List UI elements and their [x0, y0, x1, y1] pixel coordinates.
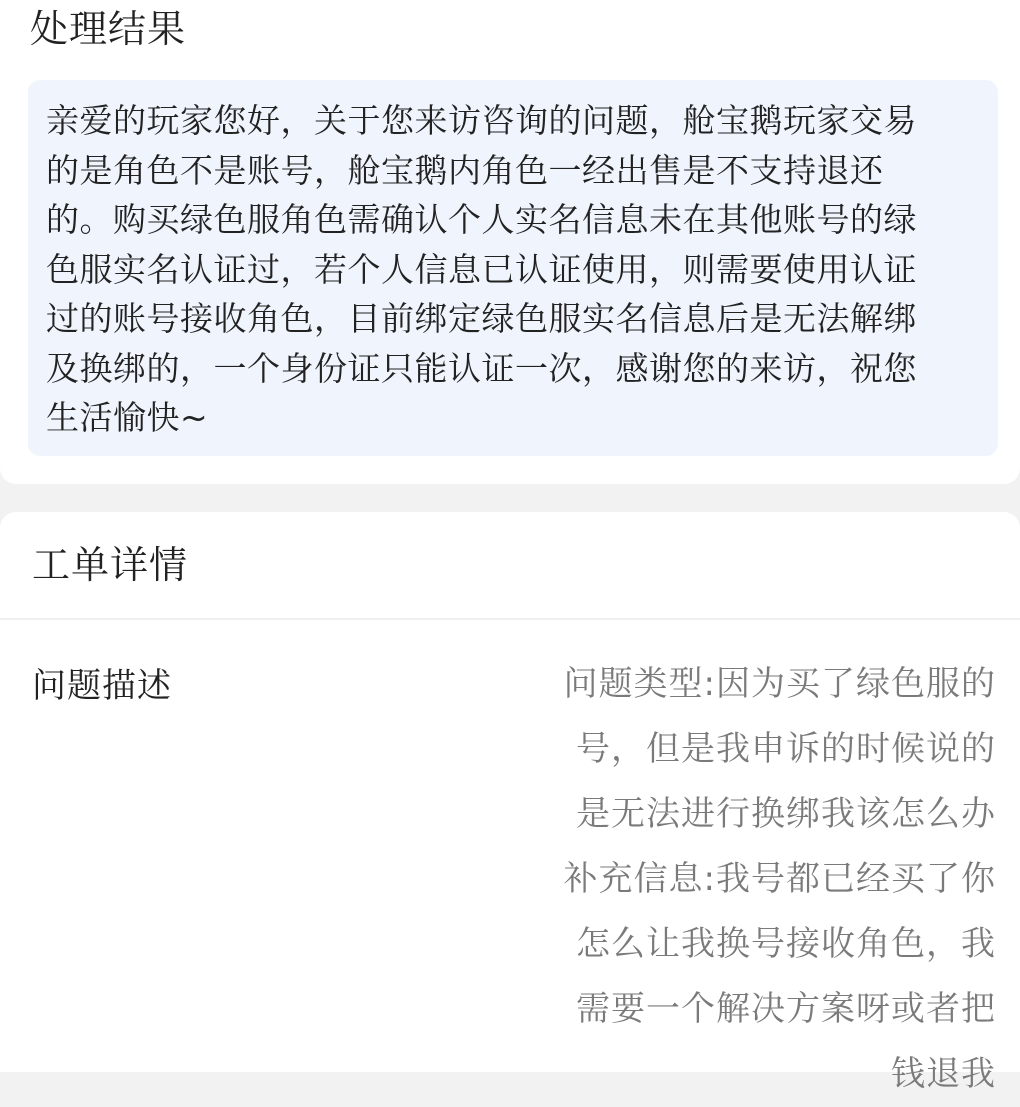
reply-line: 的是角色不是账号，舱宝鹅内角色一经出售是不支持退还 [46, 146, 980, 196]
reply-line: 色服实名认证过，若个人信息已认证使用，则需要使用认证 [46, 245, 980, 295]
value-line: 号，但是我申诉的时候说的 [520, 717, 996, 782]
value-line: 是无法进行换绑我该怎么办 [520, 782, 996, 847]
ticket-detail-card: 工单详情 问题描述 问题类型:因为买了绿色服的 号，但是我申诉的时候说的 是无法… [0, 512, 1020, 1062]
value-line: 问题类型:因为买了绿色服的 [520, 652, 996, 717]
result-card: 处理结果 亲爱的玩家您好，关于您来访咨询的问题，舱宝鹅玩家交易 的是角色不是账号… [0, 0, 1020, 484]
value-line: 补充信息:我号都已经买了你 [520, 847, 996, 912]
detail-section-title: 工单详情 [32, 546, 188, 584]
field-value-description: 问题类型:因为买了绿色服的 号，但是我申诉的时候说的 是无法进行换绑我该怎么办 … [520, 652, 996, 1062]
value-line: 钱退我 [520, 1042, 996, 1062]
reply-line: 亲爱的玩家您好，关于您来访咨询的问题，舱宝鹅玩家交易 [46, 96, 980, 146]
reply-line: 过的账号接收角色，目前绑定绿色服实名信息后是无法解绑 [46, 294, 980, 344]
value-line: 怎么让我换号接收角色，我 [520, 912, 996, 977]
reply-line: 及换绑的，一个身份证只能认证一次，感谢您的来访，祝您 [46, 344, 980, 394]
field-label-description: 问题描述 [32, 658, 172, 707]
result-section-title: 处理结果 [30, 10, 186, 48]
reply-line: 生活愉快~ [46, 393, 980, 443]
value-line: 需要一个解决方案呀或者把 [520, 977, 996, 1042]
divider [0, 618, 1020, 620]
reply-box: 亲爱的玩家您好，关于您来访咨询的问题，舱宝鹅玩家交易 的是角色不是账号，舱宝鹅内… [28, 80, 998, 456]
reply-line: 的。购买绿色服角色需确认个人实名信息未在其他账号的绿 [46, 195, 980, 245]
reply-text: 亲爱的玩家您好，关于您来访咨询的问题，舱宝鹅玩家交易 的是角色不是账号，舱宝鹅内… [46, 96, 980, 443]
